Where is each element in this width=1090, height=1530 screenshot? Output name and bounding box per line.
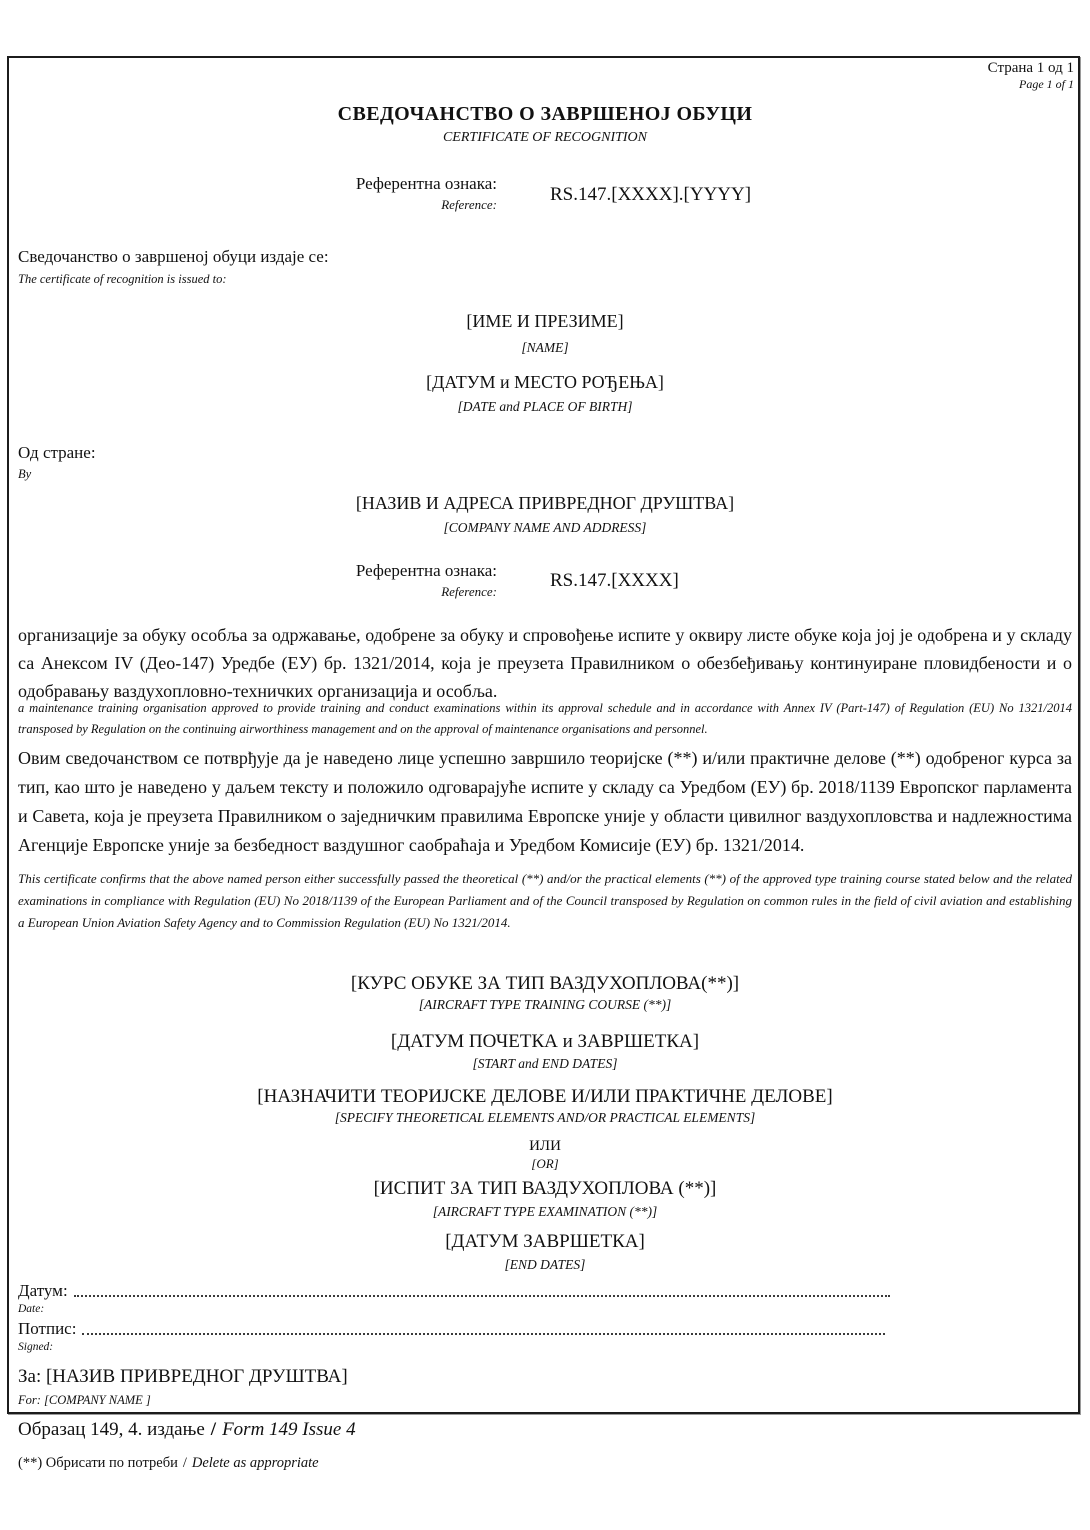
- confirmation-paragraph-sr: Овим сведочанством се потврђује да је на…: [18, 744, 1072, 860]
- certificate-subtitle: CERTIFICATE OF RECOGNITION: [0, 130, 1090, 146]
- company-placeholder-en: [COMPANY NAME AND ADDRESS]: [0, 520, 1090, 536]
- signed-label-en: Signed:: [18, 1341, 53, 1353]
- date-line: [74, 1295, 890, 1297]
- certificate-title: СВЕДОЧАНСТВО О ЗАВРШЕНОЈ ОБУЦИ: [0, 103, 1090, 126]
- birth-placeholder-en: [DATE and PLACE OF BIRTH]: [0, 399, 1090, 415]
- footnote-separator: /: [183, 1455, 187, 1471]
- reference1-label-en: Reference:: [25, 197, 497, 213]
- issuer-label: Од стране:: [18, 443, 96, 463]
- birth-placeholder: [ДАТУМ и МЕСТО РОЂЕЊА]: [0, 372, 1090, 393]
- reference1-value: RS.147.[XXXX].[YYYY]: [550, 184, 751, 206]
- or-label-en: [OR]: [0, 1156, 1090, 1172]
- date-label-en: Date:: [18, 1303, 44, 1315]
- course-elements: [НАЗНАЧИТИ ТЕОРИЈСКЕ ДЕЛОВЕ И/ИЛИ ПРАКТИ…: [0, 1086, 1090, 1108]
- date-row: Датум:: [18, 1281, 1072, 1301]
- course-dates-en: [START and END DATES]: [0, 1056, 1090, 1072]
- issued-to-label-en: The certificate of recognition is issued…: [18, 272, 227, 287]
- reference2-value: RS.147.[XXXX]: [550, 570, 679, 592]
- page-number-block: Страна 1 од 1 Page 1 of 1: [988, 60, 1074, 92]
- certificate-page: Страна 1 од 1 Page 1 of 1 СВЕДОЧАНСТВО О…: [0, 0, 1090, 1530]
- end-date-title-en: [END DATES]: [0, 1257, 1090, 1273]
- company-placeholder: [НАЗИВ И АДРЕСА ПРИВРЕДНОГ ДРУШТВА]: [0, 493, 1090, 514]
- reference2-labels: Референтна ознака: Reference:: [25, 561, 497, 600]
- or-label: ИЛИ: [0, 1138, 1090, 1155]
- confirmation-paragraph-en: This certificate confirms that the above…: [18, 868, 1072, 934]
- title-block: СВЕДОЧАНСТВО О ЗАВРШЕНОЈ ОБУЦИ CERTIFICA…: [0, 103, 1090, 146]
- exam-title: [ИСПИТ ЗА ТИП ВАЗДУХОПЛОВА (**)]: [0, 1178, 1090, 1200]
- course-title-en: [AIRCRAFT TYPE TRAINING COURSE (**)]: [0, 997, 1090, 1013]
- recipient-name-placeholder: [ИМЕ И ПРЕЗИМЕ]: [0, 311, 1090, 332]
- reference2-label-en: Reference:: [25, 584, 497, 600]
- form-number-line: Образац 149, 4. издање/Form 149 Issue 4: [18, 1419, 356, 1441]
- date-label: Датум:: [18, 1281, 68, 1301]
- end-date-title: [ДАТУМ ЗАВРШЕТКА]: [0, 1231, 1090, 1253]
- form-separator: /: [211, 1419, 216, 1440]
- footnote-sr: (**) Обрисати по потреби: [18, 1455, 178, 1471]
- for-company-line-en: For: [COMPANY NAME ]: [18, 1393, 151, 1408]
- form-number-sr: Образац 149, 4. издање: [18, 1419, 205, 1440]
- reference2-label: Референтна ознака:: [25, 561, 497, 581]
- course-title: [КУРС ОБУКЕ ЗА ТИП ВАЗДУХОПЛОВА(**)]: [0, 973, 1090, 995]
- issued-to-label: Сведочанство о завршеној обуци издаје се…: [18, 247, 329, 267]
- footnote-en: Delete as appropriate: [192, 1455, 319, 1471]
- approval-paragraph-sr: организације за обуку особља за одржавањ…: [18, 621, 1072, 705]
- reference1-labels: Референтна ознака: Reference:: [25, 174, 497, 213]
- for-company-line: За: [НАЗИВ ПРИВРЕДНОГ ДРУШТВА]: [18, 1366, 348, 1388]
- page-number-en: Page 1 of 1: [988, 77, 1074, 92]
- signed-label: Потпис:: [18, 1319, 76, 1339]
- footnote-line: (**) Обрисати по потреби/Delete as appro…: [18, 1455, 319, 1472]
- signed-row: Потпис:: [18, 1319, 1072, 1339]
- exam-title-en: [AIRCRAFT TYPE EXAMINATION (**)]: [0, 1204, 1090, 1220]
- course-dates: [ДАТУМ ПОЧЕТКА и ЗАВРШЕТКА]: [0, 1031, 1090, 1053]
- issuer-label-en: By: [18, 467, 31, 482]
- approval-paragraph-en: a maintenance training organisation appr…: [18, 698, 1072, 740]
- form-number-en: Form 149 Issue 4: [222, 1419, 356, 1440]
- signature-line: [82, 1333, 885, 1335]
- page-number: Страна 1 од 1: [988, 60, 1074, 77]
- recipient-name-placeholder-en: [NAME]: [0, 340, 1090, 356]
- reference1-label: Референтна ознака:: [25, 174, 497, 194]
- course-elements-en: [SPECIFY THEORETICAL ELEMENTS AND/OR PRA…: [0, 1110, 1090, 1126]
